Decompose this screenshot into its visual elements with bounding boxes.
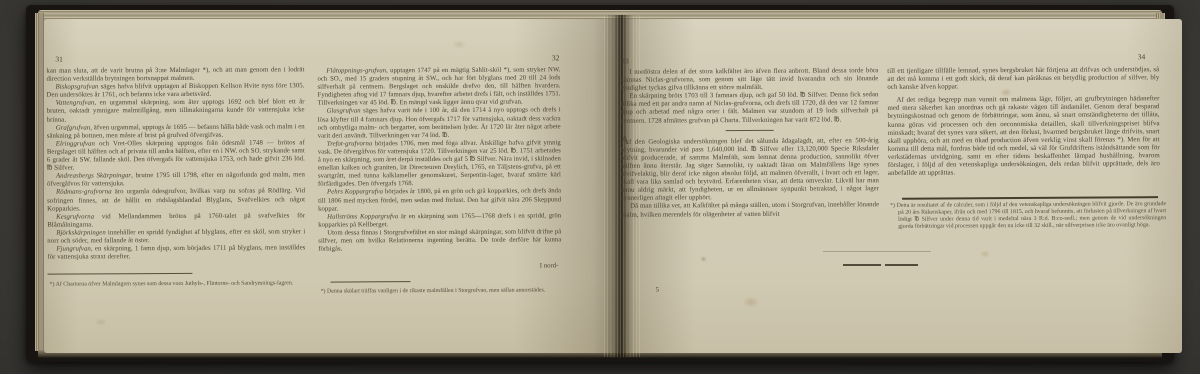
page-number: 34 <box>1138 52 1146 61</box>
mine-name: Elringgrufvan <box>56 140 95 147</box>
footnote-rule <box>331 281 411 282</box>
page-32: 32 Flåtoppnings-grufvan, upptagen 1747 p… <box>315 51 564 314</box>
mine-name: Fjungrufvan <box>56 246 91 253</box>
page-number: 31 <box>55 55 63 64</box>
paragraph: till ett tjenligare tillfälle lemnad, sy… <box>887 66 1159 92</box>
paragraph: Flåtoppnings-grufvan, upptagen 1747 på e… <box>317 66 560 108</box>
mine-name: Rödmans-grufvorna <box>56 189 112 196</box>
paragraph: Grafgrufvan, äfven urgammal, upptogs år … <box>47 123 305 141</box>
page-34: 34 till ett tjenligare tillfälle lemnad,… <box>885 49 1165 331</box>
paragraph: Elringgrufvan och Vret-Olles skärpning u… <box>47 139 305 173</box>
paragraph: Af det rediga begrepp man vunnit om malm… <box>887 95 1159 178</box>
paragraph: Utom dessa finnas i Storgrufvefältet en … <box>318 228 561 254</box>
paragraph: Hallströms Koppargrufva är en skärpning … <box>318 212 561 229</box>
footnote: *) Detta är resultatet af de calculer, s… <box>890 201 1166 231</box>
mine-name: Hallströms Koppargrufva <box>327 213 398 220</box>
section-divider-rule <box>726 130 774 131</box>
paragraph-text: Utom dessa finnas i Storgrufvefältet en … <box>318 228 561 252</box>
paragraph: Glasgrufvan säges hafva varit öde i 100 … <box>318 107 561 141</box>
photo-backdrop: 31 kan man sluta, att de varit brutna på… <box>0 0 1200 374</box>
mine-name: Trefot-grufvorna <box>327 140 373 147</box>
paragraph: Andreasbergs Skärpningar, brutne 1795 ti… <box>47 172 305 190</box>
paragraph: Vattengrufvan, en urgammal skärpning, so… <box>47 99 305 125</box>
paragraph: Biskopsgrufvan säges hafva blifvit uppta… <box>46 83 304 101</box>
page-31-text-column: kan man sluta, att de varit brutna på 3:… <box>46 66 305 262</box>
page-number: 32 <box>552 53 560 62</box>
paper-stain <box>452 40 466 49</box>
mine-name: Vattengrufvan <box>56 100 95 107</box>
paragraph: I nordöstra delen af det stora kalkfälte… <box>620 67 878 93</box>
mine-name: Biskopsgrufvan <box>55 84 98 91</box>
paper-stain <box>95 318 107 326</box>
paragraph: Trefot-grufvorna börjades 1706, men med … <box>318 139 561 189</box>
catchword: I nord- <box>540 262 559 269</box>
page-31: 31 kan man sluta, att de varit brutna på… <box>44 51 308 314</box>
mine-name: Glasgrufvan <box>327 108 361 115</box>
page-33-text-column: I nordöstra delen af det stora kalkfälte… <box>620 67 879 219</box>
paragraph: Rödmans-grufvorna äro urgamla ödesgrufvo… <box>47 188 305 214</box>
paragraph: Pehrs Koppargrufva börjades år 1800, på … <box>318 188 561 214</box>
mine-name: Andreasbergs Skärpningar <box>56 172 131 179</box>
paragraph: Kesgrufvorna vid Mellandammen brötos på … <box>47 212 305 230</box>
page-34-text-column: till ett tjenligare tillfälle lemnad, sy… <box>887 66 1160 178</box>
paragraph: Björkskärpningen innehåller en spridd fy… <box>47 228 305 246</box>
mine-name: Flåtoppnings-grufvan <box>326 67 386 74</box>
paragraph-text: till ett tjenligare tillfälle lemnad, sy… <box>887 66 1159 91</box>
page-33: 33 I nordöstra delen af det stora kalkfä… <box>617 51 885 315</box>
paragraph-text: Af det rediga begrepp man vunnit om malm… <box>887 95 1159 177</box>
footnote: *) Af Chartorna öfver Malmlagren synes s… <box>50 280 310 288</box>
signature-mark: 5 <box>656 287 659 294</box>
page-32-text-column: Flåtoppnings-grufvan, upptagen 1747 på e… <box>317 66 561 253</box>
paragraph: kan man sluta, att de varit brutna på 3:… <box>46 66 304 84</box>
paragraph: Fjungrufvan, en skärpning, 1 famn djup, … <box>47 244 305 262</box>
paragraph: Af den Geologiska undersökningen blef de… <box>621 135 879 203</box>
paragraph-text: Då man tillika vet, att Kalkfältet på må… <box>621 202 879 219</box>
paragraph-text: Af den Geologiska undersökningen blef de… <box>621 137 879 202</box>
mine-name: Björkskärpningen <box>56 229 106 236</box>
footnote-rule <box>902 196 1158 199</box>
mine-name: Grafgrufvan <box>56 124 91 131</box>
mine-name: Kesgrufvorna <box>56 213 94 220</box>
footnote: *) Denna skölart träffas vanligen i de r… <box>321 287 567 295</box>
paragraph: En skärpning bröts 1703 till 3 famnars d… <box>620 92 878 126</box>
mine-name: Pehrs Koppargrufva <box>327 189 383 196</box>
page-number: 33 <box>621 57 629 66</box>
paragraph-text: I nordöstra delen af det stora kalkfälte… <box>620 67 878 92</box>
footnote-rule <box>47 273 192 275</box>
paragraph-text: En skärpning bröts 1703 till 3 famnars d… <box>620 92 878 125</box>
page-edges-left <box>35 13 44 351</box>
paragraph: Då man tillika vet, att Kalkfältet på må… <box>621 202 879 220</box>
paragraph-text: kan man sluta, att de varit brutna på 3:… <box>46 66 304 82</box>
